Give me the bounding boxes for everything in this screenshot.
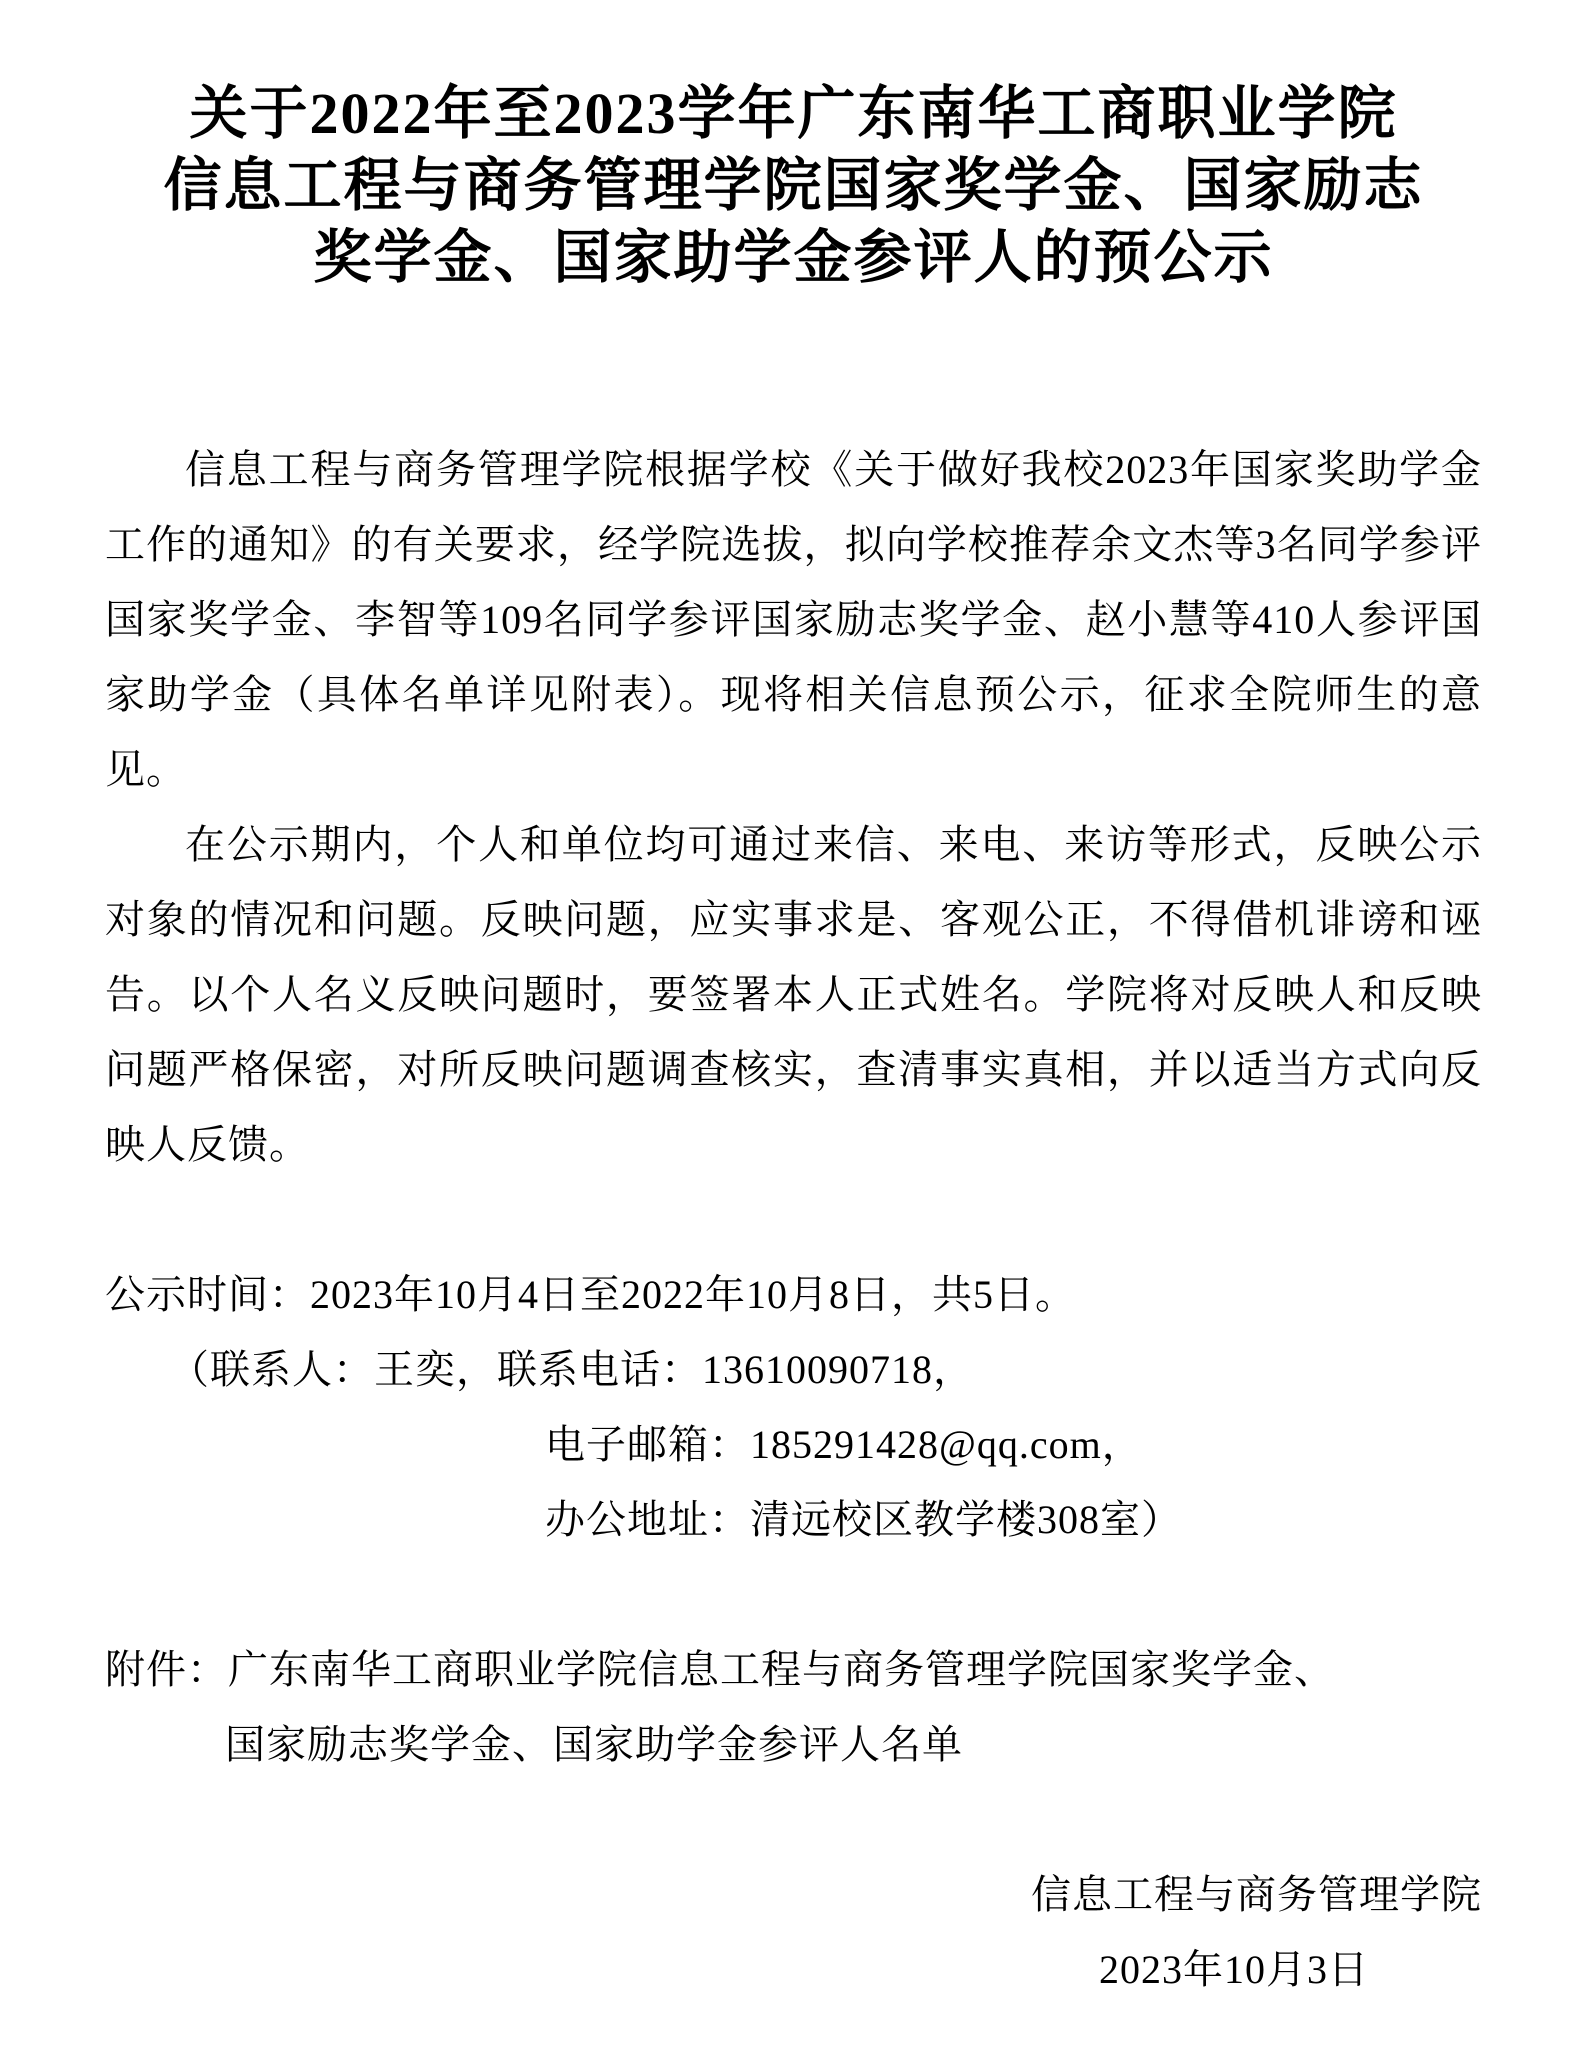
contact-email-line: 电子邮箱：185291428@qq.com， <box>105 1407 1482 1482</box>
paragraph-feedback-rules: 在公示期内，个人和单位均可通过来信、来电、来访等形式，反映公示对象的情况和问题。… <box>105 807 1482 1182</box>
signature-date: 2023年10月3日 <box>105 1932 1482 2007</box>
notice-time-line: 公示时间：2023年10月4日至2022年10月8日，共5日。 <box>105 1257 1482 1332</box>
title-line-3: 奖学金、国家助学金参评人的预公示 <box>105 222 1482 294</box>
document-title: 关于2022年至2023学年广东南华工商职业学院 信息工程与商务管理学院国家奖学… <box>105 78 1482 294</box>
title-line-1: 关于2022年至2023学年广东南华工商职业学院 <box>105 78 1482 150</box>
signature-department: 信息工程与商务管理学院 <box>105 1857 1482 1932</box>
contact-person-line: （联系人：王奕，联系电话：13610090718， <box>105 1332 1482 1407</box>
document-page: 关于2022年至2023学年广东南华工商职业学院 信息工程与商务管理学院国家奖学… <box>0 0 1587 2068</box>
attachment-section: 附件：广东南华工商职业学院信息工程与商务管理学院国家奖学金、 国家励志奖学金、国… <box>105 1632 1482 1782</box>
paragraph-intro: 信息工程与商务管理学院根据学校《关于做好我校2023年国家奖助学金工作的通知》的… <box>105 432 1482 807</box>
attachment-line-2: 国家励志奖学金、国家助学金参评人名单 <box>105 1707 1482 1782</box>
signature-block: 信息工程与商务管理学院 2023年10月3日 <box>105 1857 1482 2007</box>
attachment-line-1: 附件：广东南华工商职业学院信息工程与商务管理学院国家奖学金、 <box>105 1632 1482 1707</box>
document-body: 信息工程与商务管理学院根据学校《关于做好我校2023年国家奖助学金工作的通知》的… <box>105 432 1482 2007</box>
contact-address-line: 办公地址：清远校区教学楼308室） <box>105 1482 1482 1557</box>
title-line-2: 信息工程与商务管理学院国家奖学金、国家励志 <box>105 150 1482 222</box>
